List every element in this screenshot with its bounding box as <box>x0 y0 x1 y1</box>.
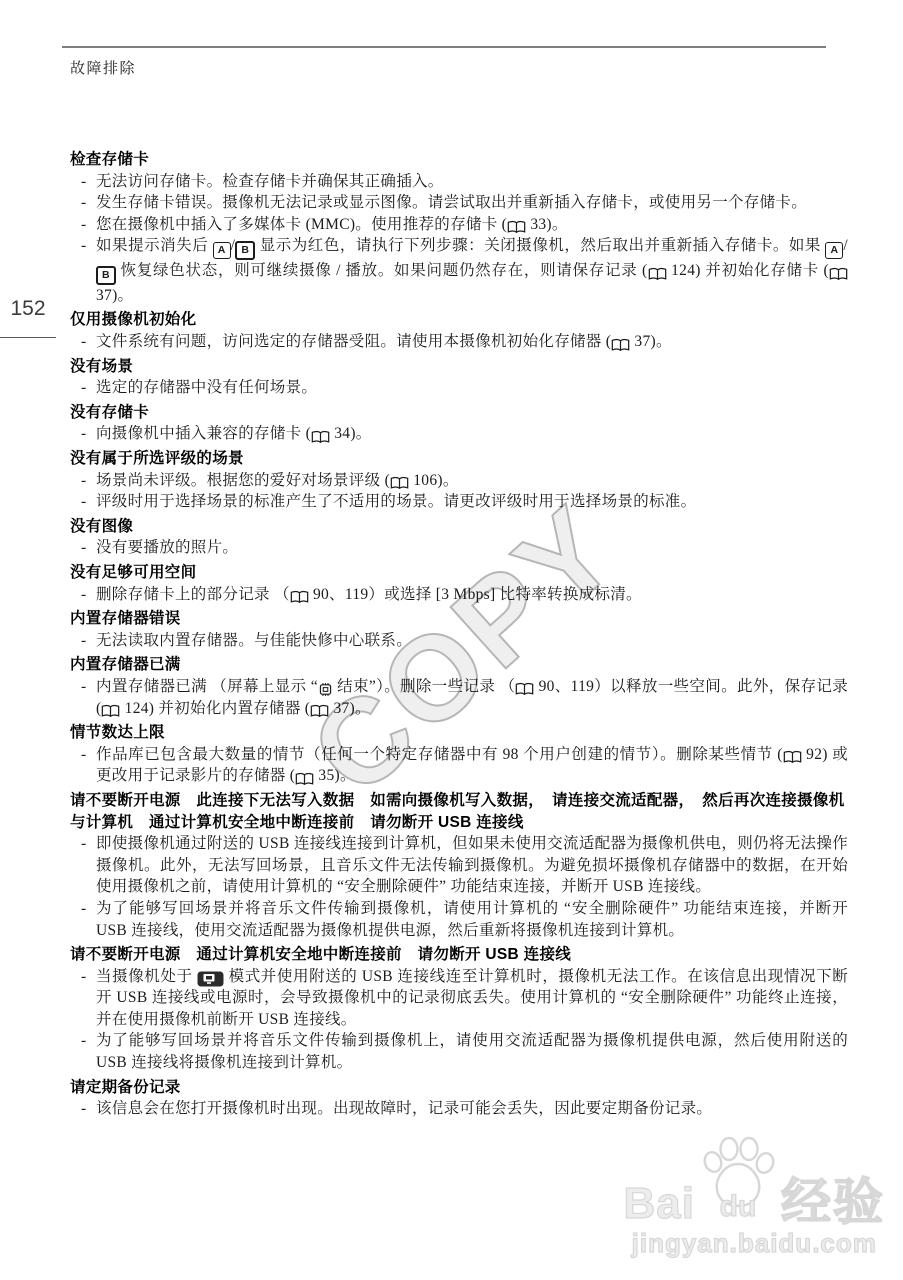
bullet-item: 没有要播放的照片。 <box>70 537 848 559</box>
pc-mode-icon <box>197 971 224 987</box>
section-heading: 请不要断开电源 此连接下无法写入数据 如需向摄像机写入数据， 请连接交流适配器，… <box>70 790 848 833</box>
logo-row: Bai du 经验 <box>624 1154 885 1226</box>
bullet-text: 向摄像机中插入兼容的存储卡 ( 34)。 <box>96 425 372 442</box>
bullet-item: 无法访问存储卡。检查存储卡并确保其正确插入。 <box>70 171 848 193</box>
section-heading: 请不要断开电源 通过计算机安全地中断连接前 请勿断开 USB 连接线 <box>70 944 848 966</box>
manual-page: 故障排除 152 COPY 检查存储卡无法访问存储卡。检查存储卡并确保其正确插入… <box>0 0 903 1280</box>
baidu-paw-block: du <box>695 1154 781 1226</box>
bullet-text: 选定的存储器中没有任何场景。 <box>96 379 317 396</box>
bullet-text: 您在摄像机中插入了多媒体卡 (MMC)。使用推荐的存储卡 ( 33)。 <box>96 216 568 233</box>
bullet-text: 发生存储卡错误。摄像机无法记录或显示图像。请尝试取出并重新插入存储卡，或使用另一… <box>96 194 807 211</box>
bullet-text: 没有要播放的照片。 <box>96 539 238 556</box>
bullet-text: 即使摄像机通过附送的 USB 连接线连接到计算机，但如果未使用交流适配器为摄像机… <box>96 835 848 895</box>
header-rule <box>62 46 826 48</box>
book-icon <box>515 682 534 696</box>
book-icon <box>390 476 409 490</box>
bullet-item: 您在摄像机中插入了多媒体卡 (MMC)。使用推荐的存储卡 ( 33)。 <box>70 214 848 236</box>
book-icon <box>783 750 802 764</box>
section: 仅用摄像机初始化文件系统有问题，访问选定的存储器受阻。请使用本摄像机初始化存储器… <box>70 309 848 352</box>
bullet-item: 文件系统有问题，访问选定的存储器受阻。请使用本摄像机初始化存储器 ( 37)。 <box>70 331 848 353</box>
bullet-text: 作品库已包含最大数量的情节（任何一个特定存储器中有 98 个用户创建的情节）。删… <box>96 746 848 785</box>
bullet-text: 文件系统有问题，访问选定的存储器受阻。请使用本摄像机初始化存储器 ( 37)。 <box>96 333 672 350</box>
section-heading: 内置存储器已满 <box>70 654 848 676</box>
section: 请定期备份记录该信息会在您打开摄像机时出现。出现故障时，记录可能会丢失，因此要定… <box>70 1077 848 1120</box>
page-number: 152 <box>0 297 56 321</box>
section: 请不要断开电源 通过计算机安全地中断连接前 请勿断开 USB 连接线当摄像机处于… <box>70 944 848 1074</box>
bullet-text: 评级时用于选择场景的标准产生了不适用的场景。请更改评级时用于选择场景的标准。 <box>96 493 696 510</box>
baidu-logo-text: Bai <box>624 1182 695 1226</box>
section-heading: 请定期备份记录 <box>70 1077 848 1099</box>
section-heading: 没有足够可用空间 <box>70 562 848 584</box>
bullet-item: 即使摄像机通过附送的 USB 连接线连接到计算机，但如果未使用交流适配器为摄像机… <box>70 833 848 898</box>
section: 没有图像没有要播放的照片。 <box>70 516 848 559</box>
section: 没有存储卡向摄像机中插入兼容的存储卡 ( 34)。 <box>70 402 848 445</box>
section: 情节数达上限作品库已包含最大数量的情节（任何一个特定存储器中有 98 个用户创建… <box>70 722 848 787</box>
page-header-title: 故障排除 <box>70 57 136 78</box>
section: 没有场景选定的存储器中没有任何场景。 <box>70 356 848 399</box>
book-icon <box>295 772 314 786</box>
bullet-item: 场景尚未评级。根据您的爱好对场景评级 ( 106)。 <box>70 470 848 492</box>
bullet-item: 评级时用于选择场景的标准产生了不适用的场景。请更改评级时用于选择场景的标准。 <box>70 491 848 513</box>
section-heading: 情节数达上限 <box>70 722 848 744</box>
section-heading: 没有图像 <box>70 516 848 538</box>
bullet-item: 发生存储卡错误。摄像机无法记录或显示图像。请尝试取出并重新插入存储卡，或使用另一… <box>70 192 848 214</box>
bullet-item: 选定的存储器中没有任何场景。 <box>70 377 848 399</box>
book-icon <box>290 590 309 604</box>
section: 内置存储器已满内置存储器已满 （屏幕上显示 “ 结束”）。删除一些记录 （ 90… <box>70 654 848 719</box>
bullet-item: 如果提示消失后 A/B 显示为红色，请执行下列步骤：关闭摄像机，然后取出并重新插… <box>70 235 848 306</box>
bullet-item: 该信息会在您打开摄像机时出现。出现故障时，记录可能会丢失，因此要定期备份记录。 <box>70 1098 848 1120</box>
bullet-text: 内置存储器已满 （屏幕上显示 “ 结束”）。删除一些记录 （ 90、119）以释… <box>96 678 848 717</box>
bullet-item: 内置存储器已满 （屏幕上显示 “ 结束”）。删除一些记录 （ 90、119）以释… <box>70 676 848 719</box>
bullet-text: 该信息会在您打开摄像机时出现。出现故障时，记录可能会丢失，因此要定期备份记录。 <box>96 1100 712 1117</box>
bullet-item: 为了能够写回场景并将音乐文件传输到摄像机，请使用计算机的 “安全删除硬件” 功能… <box>70 898 848 941</box>
logo-site-url: jingyan.baidu.com <box>624 1230 885 1256</box>
section-heading: 内置存储器错误 <box>70 608 848 630</box>
bullet-text: 无法读取内置存储器。与佳能快修中心联系。 <box>96 632 412 649</box>
bullet-item: 为了能够写回场景并将音乐文件传输到摄像机上，请使用交流适配器为摄像机提供电源，然… <box>70 1030 848 1073</box>
section-heading: 没有存储卡 <box>70 402 848 424</box>
section: 没有属于所选评级的场景场景尚未评级。根据您的爱好对场景评级 ( 106)。评级时… <box>70 448 848 513</box>
section: 内置存储器错误无法读取内置存储器。与佳能快修中心联系。 <box>70 608 848 651</box>
book-icon <box>611 338 630 352</box>
card-b-icon: B <box>96 266 116 285</box>
section-heading: 没有场景 <box>70 356 848 378</box>
bullet-item: 删除存储卡上的部分记录 （ 90、119）或选择 [3 Mbps] 比特率转换成… <box>70 584 848 606</box>
bullet-item: 作品库已包含最大数量的情节（任何一个特定存储器中有 98 个用户创建的情节）。删… <box>70 744 848 787</box>
bullet-text: 为了能够写回场景并将音乐文件传输到摄像机上，请使用交流适配器为摄像机提供电源，然… <box>96 1032 848 1071</box>
book-icon <box>507 220 526 234</box>
book-icon <box>101 704 120 718</box>
card-a-icon: A <box>213 242 231 259</box>
memory-icon <box>318 682 333 697</box>
section-heading: 没有属于所选评级的场景 <box>70 448 848 470</box>
section-heading: 仅用摄像机初始化 <box>70 309 848 331</box>
section: 检查存储卡无法访问存储卡。检查存储卡并确保其正确插入。发生存储卡错误。摄像机无法… <box>70 149 848 306</box>
section-heading: 检查存储卡 <box>70 149 848 171</box>
bullet-text: 当摄像机处于 模式并使用附送的 USB 连接线连至计算机时，摄像机无法工作。在该… <box>96 968 848 1028</box>
bullet-text: 为了能够写回场景并将音乐文件传输到摄像机，请使用计算机的 “安全删除硬件” 功能… <box>96 900 848 939</box>
bullet-text: 如果提示消失后 A/B 显示为红色，请执行下列步骤：关闭摄像机，然后取出并重新插… <box>96 237 848 304</box>
section: 没有足够可用空间删除存储卡上的部分记录 （ 90、119）或选择 [3 Mbps… <box>70 562 848 605</box>
card-b-icon: B <box>235 241 255 260</box>
section: 请不要断开电源 此连接下无法写入数据 如需向摄像机写入数据， 请连接交流适配器，… <box>70 790 848 941</box>
baidu-logo-text-du: du <box>720 1192 757 1222</box>
bullet-item: 向摄像机中插入兼容的存储卡 ( 34)。 <box>70 423 848 445</box>
book-icon <box>310 704 329 718</box>
book-icon <box>311 430 330 444</box>
jingyan-logo-text: 经验 <box>781 1179 885 1227</box>
bullet-text: 无法访问存储卡。检查存储卡并确保其正确插入。 <box>96 173 444 190</box>
card-a-icon: A <box>825 242 843 259</box>
bullet-item: 当摄像机处于 模式并使用附送的 USB 连接线连至计算机时，摄像机无法工作。在该… <box>70 966 848 1031</box>
troubleshooting-content: 检查存储卡无法访问存储卡。检查存储卡并确保其正确插入。发生存储卡错误。摄像机无法… <box>70 146 848 1120</box>
book-icon <box>648 267 667 281</box>
bullet-text: 场景尚未评级。根据您的爱好对场景评级 ( 106)。 <box>96 472 459 489</box>
bullet-text: 删除存储卡上的部分记录 （ 90、119）或选择 [3 Mbps] 比特率转换成… <box>96 586 642 603</box>
page-number-rule <box>0 337 56 338</box>
baidu-jingyan-logo: Bai du 经验 jingyan.baid <box>624 1154 885 1256</box>
book-icon <box>829 267 848 281</box>
bullet-item: 无法读取内置存储器。与佳能快修中心联系。 <box>70 630 848 652</box>
